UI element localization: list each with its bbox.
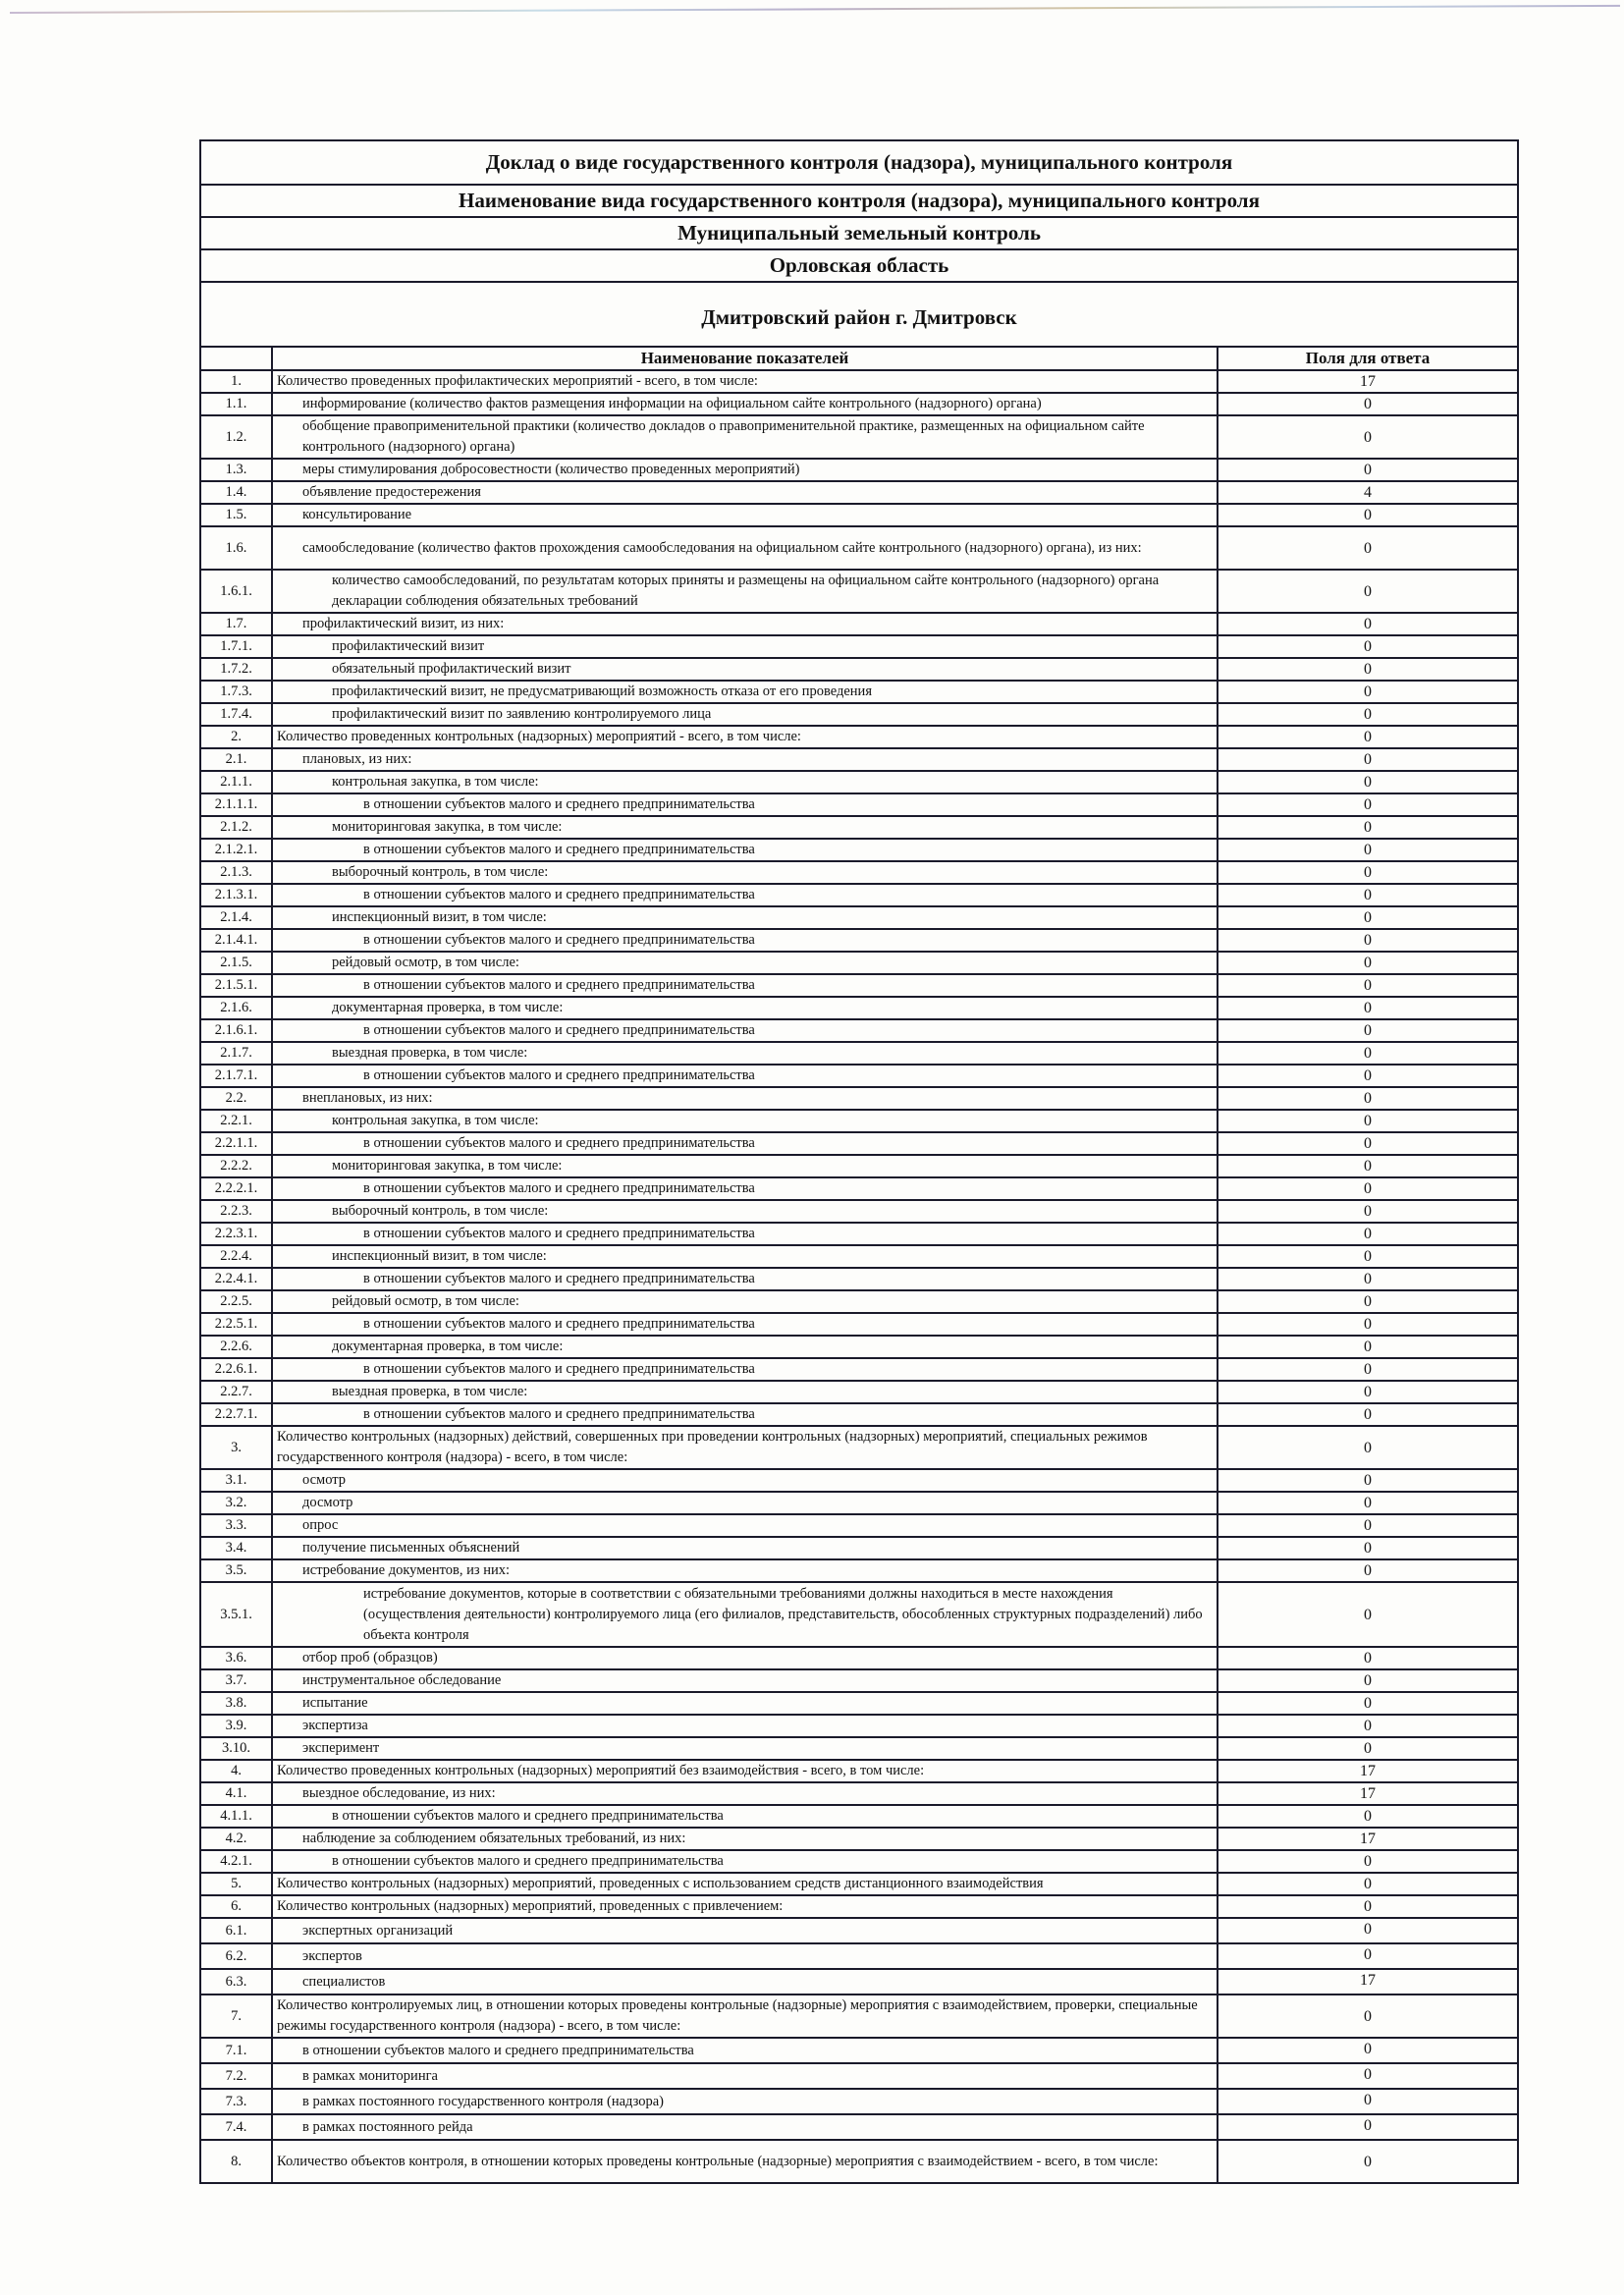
row-number: 1.1. — [200, 393, 272, 415]
row-label: выборочный контроль, в том числе: — [272, 861, 1218, 884]
table-row: 3.5.истребование документов, из них:0 — [200, 1559, 1518, 1582]
row-label: консультирование — [272, 504, 1218, 526]
control-kind-value: Муниципальный земельный контроль — [200, 217, 1518, 249]
table-row: 2.2.7.выездная проверка, в том числе:0 — [200, 1381, 1518, 1403]
row-number: 1.7.3. — [200, 681, 272, 703]
row-number: 2.1.2.1. — [200, 839, 272, 861]
row-number: 2.2.4.1. — [200, 1268, 272, 1290]
row-number: 2.2.2. — [200, 1155, 272, 1177]
table-row: 2.1.плановых, из них:0 — [200, 748, 1518, 771]
row-number: 1.4. — [200, 481, 272, 504]
row-number: 3.4. — [200, 1537, 272, 1559]
table-row: 2.1.4.1.в отношении субъектов малого и с… — [200, 929, 1518, 952]
row-value: 0 — [1218, 2140, 1518, 2183]
row-number: 2.2.6. — [200, 1336, 272, 1358]
row-number: 2.2.4. — [200, 1245, 272, 1268]
row-number: 5. — [200, 1873, 272, 1895]
row-label: мониторинговая закупка, в том числе: — [272, 816, 1218, 839]
municipality-name: Дмитровский район г. Дмитровск — [200, 282, 1518, 347]
table-row: 7.1.в отношении субъектов малого и средн… — [200, 2038, 1518, 2063]
row-value: 0 — [1218, 2063, 1518, 2089]
row-label: наблюдение за соблюдением обязательных т… — [272, 1828, 1218, 1850]
row-number: 4.2.1. — [200, 1850, 272, 1873]
row-value: 0 — [1218, 415, 1518, 459]
table-row: 3.Количество контрольных (надзорных) дей… — [200, 1426, 1518, 1469]
row-value: 17 — [1218, 1782, 1518, 1805]
row-number: 4. — [200, 1760, 272, 1782]
row-number: 2.1.3. — [200, 861, 272, 884]
row-value: 0 — [1218, 1426, 1518, 1469]
report-title-row: Доклад о виде государственного контроля … — [200, 140, 1518, 185]
table-row: 2.2.5.1.в отношении субъектов малого и с… — [200, 1313, 1518, 1336]
table-row: 4.Количество проведенных контрольных (на… — [200, 1760, 1518, 1782]
row-value: 17 — [1218, 1969, 1518, 1994]
table-row: 7.2.в рамках мониторинга0 — [200, 2063, 1518, 2089]
row-label: инспекционный визит, в том числе: — [272, 1245, 1218, 1268]
table-row: 3.8.испытание0 — [200, 1692, 1518, 1715]
row-value: 0 — [1218, 771, 1518, 793]
row-label: инспекционный визит, в том числе: — [272, 906, 1218, 929]
row-value: 0 — [1218, 681, 1518, 703]
row-label: эксперимент — [272, 1737, 1218, 1760]
table-row: 2.1.5.1.в отношении субъектов малого и с… — [200, 974, 1518, 997]
table-row: 1.1.информирование (количество фактов ра… — [200, 393, 1518, 415]
row-number: 3.10. — [200, 1737, 272, 1760]
report-table: Доклад о виде государственного контроля … — [199, 139, 1519, 2184]
column-header-answer: Поля для ответа — [1218, 347, 1518, 370]
row-value: 0 — [1218, 1313, 1518, 1336]
table-row: 2.1.3.1.в отношении субъектов малого и с… — [200, 884, 1518, 906]
row-value: 0 — [1218, 1715, 1518, 1737]
row-label: Количество контрольных (надзорных) мероп… — [272, 1895, 1218, 1918]
row-label: профилактический визит, не предусматрива… — [272, 681, 1218, 703]
row-value: 0 — [1218, 2114, 1518, 2140]
table-row: 4.1.выездное обследование, из них:17 — [200, 1782, 1518, 1805]
table-row: 1.7.3.профилактический визит, не предусм… — [200, 681, 1518, 703]
row-value: 0 — [1218, 1669, 1518, 1692]
row-label: рейдовый осмотр, в том числе: — [272, 952, 1218, 974]
row-value: 0 — [1218, 839, 1518, 861]
row-value: 0 — [1218, 1850, 1518, 1873]
row-label: информирование (количество фактов размещ… — [272, 393, 1218, 415]
row-label: документарная проверка, в том числе: — [272, 1336, 1218, 1358]
row-value: 0 — [1218, 613, 1518, 635]
column-header-row: Наименование показателей Поля для ответа — [200, 347, 1518, 370]
row-label: меры стимулирования добросовестности (ко… — [272, 459, 1218, 481]
row-number: 7.2. — [200, 2063, 272, 2089]
row-value: 0 — [1218, 1155, 1518, 1177]
table-row: 3.9.экспертиза0 — [200, 1715, 1518, 1737]
table-row: 3.1.осмотр0 — [200, 1469, 1518, 1492]
column-header-number — [200, 347, 272, 370]
row-value: 0 — [1218, 1019, 1518, 1042]
row-value: 0 — [1218, 1223, 1518, 1245]
row-label: в отношении субъектов малого и среднего … — [272, 1132, 1218, 1155]
row-label: в отношении субъектов малого и среднего … — [272, 884, 1218, 906]
control-kind-value-row: Муниципальный земельный контроль — [200, 217, 1518, 249]
table-row: 2.2.5.рейдовый осмотр, в том числе:0 — [200, 1290, 1518, 1313]
table-row: 8.Количество объектов контроля, в отноше… — [200, 2140, 1518, 2183]
row-value: 0 — [1218, 1559, 1518, 1582]
row-number: 2.2.7.1. — [200, 1403, 272, 1426]
table-row: 4.2.наблюдение за соблюдением обязательн… — [200, 1828, 1518, 1850]
row-value: 0 — [1218, 1065, 1518, 1087]
table-row: 2.1.4.инспекционный визит, в том числе:0 — [200, 906, 1518, 929]
row-number: 6.2. — [200, 1943, 272, 1969]
row-number: 2.1.4. — [200, 906, 272, 929]
row-label: выездное обследование, из них: — [272, 1782, 1218, 1805]
table-row: 2.2.3.выборочный контроль, в том числе:0 — [200, 1200, 1518, 1223]
row-number: 3.2. — [200, 1492, 272, 1514]
row-label: опрос — [272, 1514, 1218, 1537]
row-value: 0 — [1218, 570, 1518, 613]
row-label: экспертов — [272, 1943, 1218, 1969]
row-label: в отношении субъектов малого и среднего … — [272, 839, 1218, 861]
table-row: 3.10.эксперимент0 — [200, 1737, 1518, 1760]
table-row: 2.1.6.документарная проверка, в том числ… — [200, 997, 1518, 1019]
table-row: 1.7.профилактический визит, из них:0 — [200, 613, 1518, 635]
row-number: 2.1.1. — [200, 771, 272, 793]
row-number: 6. — [200, 1895, 272, 1918]
table-row: 2.1.7.выездная проверка, в том числе:0 — [200, 1042, 1518, 1065]
row-number: 7.1. — [200, 2038, 272, 2063]
row-value: 0 — [1218, 1403, 1518, 1426]
row-value: 0 — [1218, 1358, 1518, 1381]
table-row: 2.2.6.1.в отношении субъектов малого и с… — [200, 1358, 1518, 1381]
row-number: 2.1.5.1. — [200, 974, 272, 997]
row-label: отбор проб (образцов) — [272, 1647, 1218, 1669]
row-value: 0 — [1218, 1994, 1518, 2038]
row-number: 1.6.1. — [200, 570, 272, 613]
row-number: 2.2.2.1. — [200, 1177, 272, 1200]
row-label: контрольная закупка, в том числе: — [272, 1110, 1218, 1132]
row-number: 2.2.6.1. — [200, 1358, 272, 1381]
table-row: 2.2.1.контрольная закупка, в том числе:0 — [200, 1110, 1518, 1132]
row-number: 1.7. — [200, 613, 272, 635]
row-value: 0 — [1218, 861, 1518, 884]
row-label: в отношении субъектов малого и среднего … — [272, 1403, 1218, 1426]
table-row: 2.2.6.документарная проверка, в том числ… — [200, 1336, 1518, 1358]
row-number: 2.1.7.1. — [200, 1065, 272, 1087]
row-value: 0 — [1218, 1537, 1518, 1559]
table-row: 2.1.2.1.в отношении субъектов малого и с… — [200, 839, 1518, 861]
table-row: 2.1.1.контрольная закупка, в том числе:0 — [200, 771, 1518, 793]
row-value: 0 — [1218, 1132, 1518, 1155]
row-label: в рамках мониторинга — [272, 2063, 1218, 2089]
row-value: 0 — [1218, 459, 1518, 481]
row-value: 4 — [1218, 481, 1518, 504]
row-number: 2.2.3. — [200, 1200, 272, 1223]
row-number: 1.3. — [200, 459, 272, 481]
row-number: 1.5. — [200, 504, 272, 526]
region-name: Орловская область — [200, 249, 1518, 282]
table-row: 1.3.меры стимулирования добросовестности… — [200, 459, 1518, 481]
row-number: 3.6. — [200, 1647, 272, 1669]
row-number: 8. — [200, 2140, 272, 2183]
row-label: профилактический визит, из них: — [272, 613, 1218, 635]
row-label: рейдовый осмотр, в том числе: — [272, 1290, 1218, 1313]
row-value: 0 — [1218, 929, 1518, 952]
table-row: 3.3.опрос0 — [200, 1514, 1518, 1537]
row-number: 2.1.6.1. — [200, 1019, 272, 1042]
table-row: 1.7.4.профилактический визит по заявлени… — [200, 703, 1518, 726]
scan-artifact-line — [10, 5, 1620, 14]
row-value: 0 — [1218, 1737, 1518, 1760]
table-row: 6.Количество контрольных (надзорных) мер… — [200, 1895, 1518, 1918]
table-row: 2.1.7.1.в отношении субъектов малого и с… — [200, 1065, 1518, 1087]
row-label: в отношении субъектов малого и среднего … — [272, 1358, 1218, 1381]
row-label: в отношении субъектов малого и среднего … — [272, 974, 1218, 997]
table-row: 4.2.1.в отношении субъектов малого и сре… — [200, 1850, 1518, 1873]
table-row: 6.2.экспертов0 — [200, 1943, 1518, 1969]
row-value: 0 — [1218, 816, 1518, 839]
table-row: 4.1.1.в отношении субъектов малого и сре… — [200, 1805, 1518, 1828]
row-number: 2.1.3.1. — [200, 884, 272, 906]
row-value: 17 — [1218, 1828, 1518, 1850]
row-number: 2.2. — [200, 1087, 272, 1110]
row-label: осмотр — [272, 1469, 1218, 1492]
row-value: 0 — [1218, 974, 1518, 997]
row-label: документарная проверка, в том числе: — [272, 997, 1218, 1019]
row-number: 7.4. — [200, 2114, 272, 2140]
row-value: 17 — [1218, 1760, 1518, 1782]
table-row: 1.2.обобщение правоприменительной практи… — [200, 415, 1518, 459]
row-value: 0 — [1218, 1582, 1518, 1647]
row-value: 0 — [1218, 2038, 1518, 2063]
row-value: 0 — [1218, 393, 1518, 415]
row-label: выездная проверка, в том числе: — [272, 1381, 1218, 1403]
row-label: в рамках постоянного государственного ко… — [272, 2089, 1218, 2114]
table-row: 3.5.1.истребование документов, которые в… — [200, 1582, 1518, 1647]
table-row: 1.6.самообследование (количество фактов … — [200, 526, 1518, 570]
table-row: 3.6.отбор проб (образцов)0 — [200, 1647, 1518, 1669]
row-value: 0 — [1218, 793, 1518, 816]
row-value: 0 — [1218, 703, 1518, 726]
table-row: 2.1.3.выборочный контроль, в том числе:0 — [200, 861, 1518, 884]
row-label: испытание — [272, 1692, 1218, 1715]
table-row: 2.1.2.мониторинговая закупка, в том числ… — [200, 816, 1518, 839]
table-row: 1.5.консультирование0 — [200, 504, 1518, 526]
row-value: 0 — [1218, 1895, 1518, 1918]
row-value: 0 — [1218, 952, 1518, 974]
row-label: истребование документов, из них: — [272, 1559, 1218, 1582]
row-number: 4.2. — [200, 1828, 272, 1850]
row-value: 0 — [1218, 1087, 1518, 1110]
row-number: 2.1.6. — [200, 997, 272, 1019]
row-value: 0 — [1218, 1042, 1518, 1065]
row-value: 0 — [1218, 997, 1518, 1019]
table-row: 2.Количество проведенных контрольных (на… — [200, 726, 1518, 748]
row-number: 2.2.5.1. — [200, 1313, 272, 1336]
table-row: 1.6.1.количество самообследований, по ре… — [200, 570, 1518, 613]
row-label: профилактический визит по заявлению конт… — [272, 703, 1218, 726]
table-row: 2.2.4.инспекционный визит, в том числе:0 — [200, 1245, 1518, 1268]
row-label: в отношении субъектов малого и среднего … — [272, 1019, 1218, 1042]
row-label: в отношении субъектов малого и среднего … — [272, 2038, 1218, 2063]
table-row: 5.Количество контрольных (надзорных) мер… — [200, 1873, 1518, 1895]
row-value: 0 — [1218, 1381, 1518, 1403]
row-label: экспертных организаций — [272, 1918, 1218, 1943]
row-label: досмотр — [272, 1492, 1218, 1514]
row-value: 0 — [1218, 906, 1518, 929]
row-number: 1.7.4. — [200, 703, 272, 726]
table-row: 1.7.2.обязательный профилактический визи… — [200, 658, 1518, 681]
region-row: Орловская область — [200, 249, 1518, 282]
row-number: 2.2.1. — [200, 1110, 272, 1132]
row-value: 0 — [1218, 1336, 1518, 1358]
row-value: 0 — [1218, 1245, 1518, 1268]
table-row: 2.1.1.1.в отношении субъектов малого и с… — [200, 793, 1518, 816]
row-label: Количество объектов контроля, в отношени… — [272, 2140, 1218, 2183]
row-value: 0 — [1218, 1805, 1518, 1828]
row-number: 3.8. — [200, 1692, 272, 1715]
row-value: 0 — [1218, 1943, 1518, 1969]
table-row: 2.1.6.1.в отношении субъектов малого и с… — [200, 1019, 1518, 1042]
table-row: 6.3.специалистов17 — [200, 1969, 1518, 1994]
row-label: контрольная закупка, в том числе: — [272, 771, 1218, 793]
row-number: 7. — [200, 1994, 272, 2038]
row-number: 2.2.3.1. — [200, 1223, 272, 1245]
row-number: 6.1. — [200, 1918, 272, 1943]
row-value: 0 — [1218, 1110, 1518, 1132]
row-value: 0 — [1218, 1514, 1518, 1537]
row-value: 0 — [1218, 1290, 1518, 1313]
table-row: 6.1.экспертных организаций0 — [200, 1918, 1518, 1943]
row-number: 3.3. — [200, 1514, 272, 1537]
row-label: Количество проведенных профилактических … — [272, 370, 1218, 393]
row-label: выездная проверка, в том числе: — [272, 1042, 1218, 1065]
row-number: 7.3. — [200, 2089, 272, 2114]
row-value: 0 — [1218, 1200, 1518, 1223]
control-kind-label: Наименование вида государственного контр… — [200, 185, 1518, 217]
row-number: 1.6. — [200, 526, 272, 570]
table-row: 1.7.1.профилактический визит0 — [200, 635, 1518, 658]
row-label: Количество проведенных контрольных (надз… — [272, 726, 1218, 748]
row-value: 0 — [1218, 1647, 1518, 1669]
row-number: 2.1.7. — [200, 1042, 272, 1065]
table-row: 3.4.получение письменных объяснений0 — [200, 1537, 1518, 1559]
row-label: обязательный профилактический визит — [272, 658, 1218, 681]
row-number: 1.2. — [200, 415, 272, 459]
row-label: в отношении субъектов малого и среднего … — [272, 1065, 1218, 1087]
report-document: Доклад о виде государственного контроля … — [199, 139, 1519, 2184]
row-number: 2.1.4.1. — [200, 929, 272, 952]
row-number: 2.1.1.1. — [200, 793, 272, 816]
row-label: в отношении субъектов малого и среднего … — [272, 929, 1218, 952]
table-row: 3.7.инструментальное обследование0 — [200, 1669, 1518, 1692]
row-label: Количество проведенных контрольных (надз… — [272, 1760, 1218, 1782]
table-row: 2.2.внеплановых, из них:0 — [200, 1087, 1518, 1110]
control-kind-label-row: Наименование вида государственного контр… — [200, 185, 1518, 217]
row-number: 6.3. — [200, 1969, 272, 1994]
row-number: 2.1. — [200, 748, 272, 771]
table-row: 2.2.2.мониторинговая закупка, в том числ… — [200, 1155, 1518, 1177]
row-label: профилактический визит — [272, 635, 1218, 658]
row-value: 0 — [1218, 1469, 1518, 1492]
row-number: 1. — [200, 370, 272, 393]
row-label: экспертиза — [272, 1715, 1218, 1737]
row-label: в отношении субъектов малого и среднего … — [272, 1850, 1218, 1873]
table-row: 2.2.3.1.в отношении субъектов малого и с… — [200, 1223, 1518, 1245]
row-number: 3.5. — [200, 1559, 272, 1582]
row-number: 2.2.5. — [200, 1290, 272, 1313]
row-number: 3.7. — [200, 1669, 272, 1692]
row-label: выборочный контроль, в том числе: — [272, 1200, 1218, 1223]
table-row: 1.Количество проведенных профилактически… — [200, 370, 1518, 393]
row-label: истребование документов, которые в соотв… — [272, 1582, 1218, 1647]
row-value: 0 — [1218, 504, 1518, 526]
row-label: объявление предостережения — [272, 481, 1218, 504]
row-value: 0 — [1218, 1873, 1518, 1895]
row-label: в отношении субъектов малого и среднего … — [272, 1177, 1218, 1200]
row-label: обобщение правоприменительной практики (… — [272, 415, 1218, 459]
row-value: 0 — [1218, 726, 1518, 748]
table-row: 2.2.4.1.в отношении субъектов малого и с… — [200, 1268, 1518, 1290]
row-value: 0 — [1218, 2089, 1518, 2114]
row-number: 2. — [200, 726, 272, 748]
row-label: мониторинговая закупка, в том числе: — [272, 1155, 1218, 1177]
table-row: 2.2.7.1.в отношении субъектов малого и с… — [200, 1403, 1518, 1426]
row-label: в отношении субъектов малого и среднего … — [272, 1223, 1218, 1245]
row-value: 17 — [1218, 370, 1518, 393]
row-label: специалистов — [272, 1969, 1218, 1994]
row-number: 1.7.1. — [200, 635, 272, 658]
column-header-name: Наименование показателей — [272, 347, 1218, 370]
row-label: в отношении субъектов малого и среднего … — [272, 1313, 1218, 1336]
row-label: внеплановых, из них: — [272, 1087, 1218, 1110]
row-number: 3.5.1. — [200, 1582, 272, 1647]
row-number: 3.1. — [200, 1469, 272, 1492]
row-value: 0 — [1218, 748, 1518, 771]
row-label: в рамках постоянного рейда — [272, 2114, 1218, 2140]
row-value: 0 — [1218, 1492, 1518, 1514]
row-number: 3. — [200, 1426, 272, 1469]
row-number: 1.7.2. — [200, 658, 272, 681]
table-row: 7.3.в рамках постоянного государственног… — [200, 2089, 1518, 2114]
row-label: количество самообследований, по результа… — [272, 570, 1218, 613]
table-row: 3.2.досмотр0 — [200, 1492, 1518, 1514]
row-number: 2.1.2. — [200, 816, 272, 839]
row-label: получение письменных объяснений — [272, 1537, 1218, 1559]
row-label: плановых, из них: — [272, 748, 1218, 771]
row-value: 0 — [1218, 884, 1518, 906]
row-number: 4.1. — [200, 1782, 272, 1805]
row-number: 2.2.7. — [200, 1381, 272, 1403]
row-label: Количество контрольных (надзорных) мероп… — [272, 1873, 1218, 1895]
municipality-row: Дмитровский район г. Дмитровск — [200, 282, 1518, 347]
row-value: 0 — [1218, 1692, 1518, 1715]
row-label: инструментальное обследование — [272, 1669, 1218, 1692]
table-row: 7.4.в рамках постоянного рейда0 — [200, 2114, 1518, 2140]
row-number: 2.2.1.1. — [200, 1132, 272, 1155]
row-label: Количество контрольных (надзорных) дейст… — [272, 1426, 1218, 1469]
row-value: 0 — [1218, 526, 1518, 570]
table-row: 7.Количество контролируемых лиц, в отнош… — [200, 1994, 1518, 2038]
table-row: 2.2.1.1.в отношении субъектов малого и с… — [200, 1132, 1518, 1155]
row-number: 4.1.1. — [200, 1805, 272, 1828]
report-title: Доклад о виде государственного контроля … — [200, 140, 1518, 185]
row-number: 2.1.5. — [200, 952, 272, 974]
row-label: Количество контролируемых лиц, в отношен… — [272, 1994, 1218, 2038]
row-label: в отношении субъектов малого и среднего … — [272, 1805, 1218, 1828]
table-row: 2.1.5.рейдовый осмотр, в том числе:0 — [200, 952, 1518, 974]
row-value: 0 — [1218, 658, 1518, 681]
row-value: 0 — [1218, 635, 1518, 658]
row-value: 0 — [1218, 1918, 1518, 1943]
row-label: в отношении субъектов малого и среднего … — [272, 1268, 1218, 1290]
row-number: 3.9. — [200, 1715, 272, 1737]
row-label: в отношении субъектов малого и среднего … — [272, 793, 1218, 816]
